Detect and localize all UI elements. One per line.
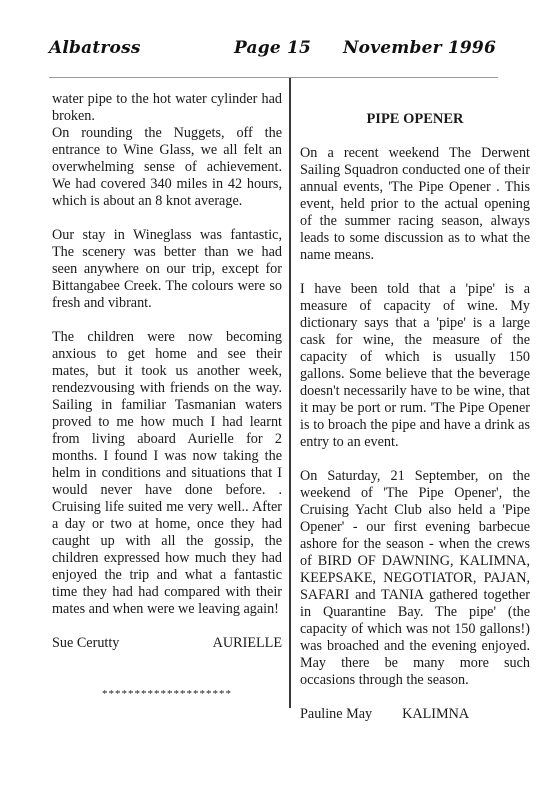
paragraph: On rounding the Nuggets, off the entranc… (52, 125, 282, 210)
article-title: PIPE OPENER (300, 111, 530, 128)
publication-title: Albatross (49, 38, 141, 58)
paragraph: On Saturday, 21 September, on the weeken… (300, 468, 530, 689)
paragraph: I have been told that a 'pipe' is a meas… (300, 281, 530, 451)
signature: Pauline May KALIMNA (300, 706, 530, 723)
header-rule (49, 77, 498, 78)
section-separator: ******************** (52, 686, 282, 703)
issue-date: November 1996 (343, 38, 496, 58)
left-column: water pipe to the hot water cylinder had… (52, 91, 282, 703)
author-name: Pauline May (300, 706, 372, 723)
page-number: Page 15 (234, 38, 311, 58)
boat-name: AURIELLE (213, 635, 282, 652)
paragraph: On a recent weekend The Derwent Sailing … (300, 145, 530, 264)
right-column: PIPE OPENER On a recent weekend The Derw… (300, 91, 530, 723)
column-divider (289, 78, 291, 708)
paragraph: The children were now becoming anxious t… (52, 329, 282, 618)
author-name: Sue Cerutty (52, 635, 119, 652)
paragraph: water pipe to the hot water cylinder had… (52, 91, 282, 125)
paragraph: Our stay in Wineglass was fantastic, The… (52, 227, 282, 312)
signature: Sue Cerutty AURIELLE (52, 635, 282, 652)
boat-name: KALIMNA (402, 706, 469, 723)
